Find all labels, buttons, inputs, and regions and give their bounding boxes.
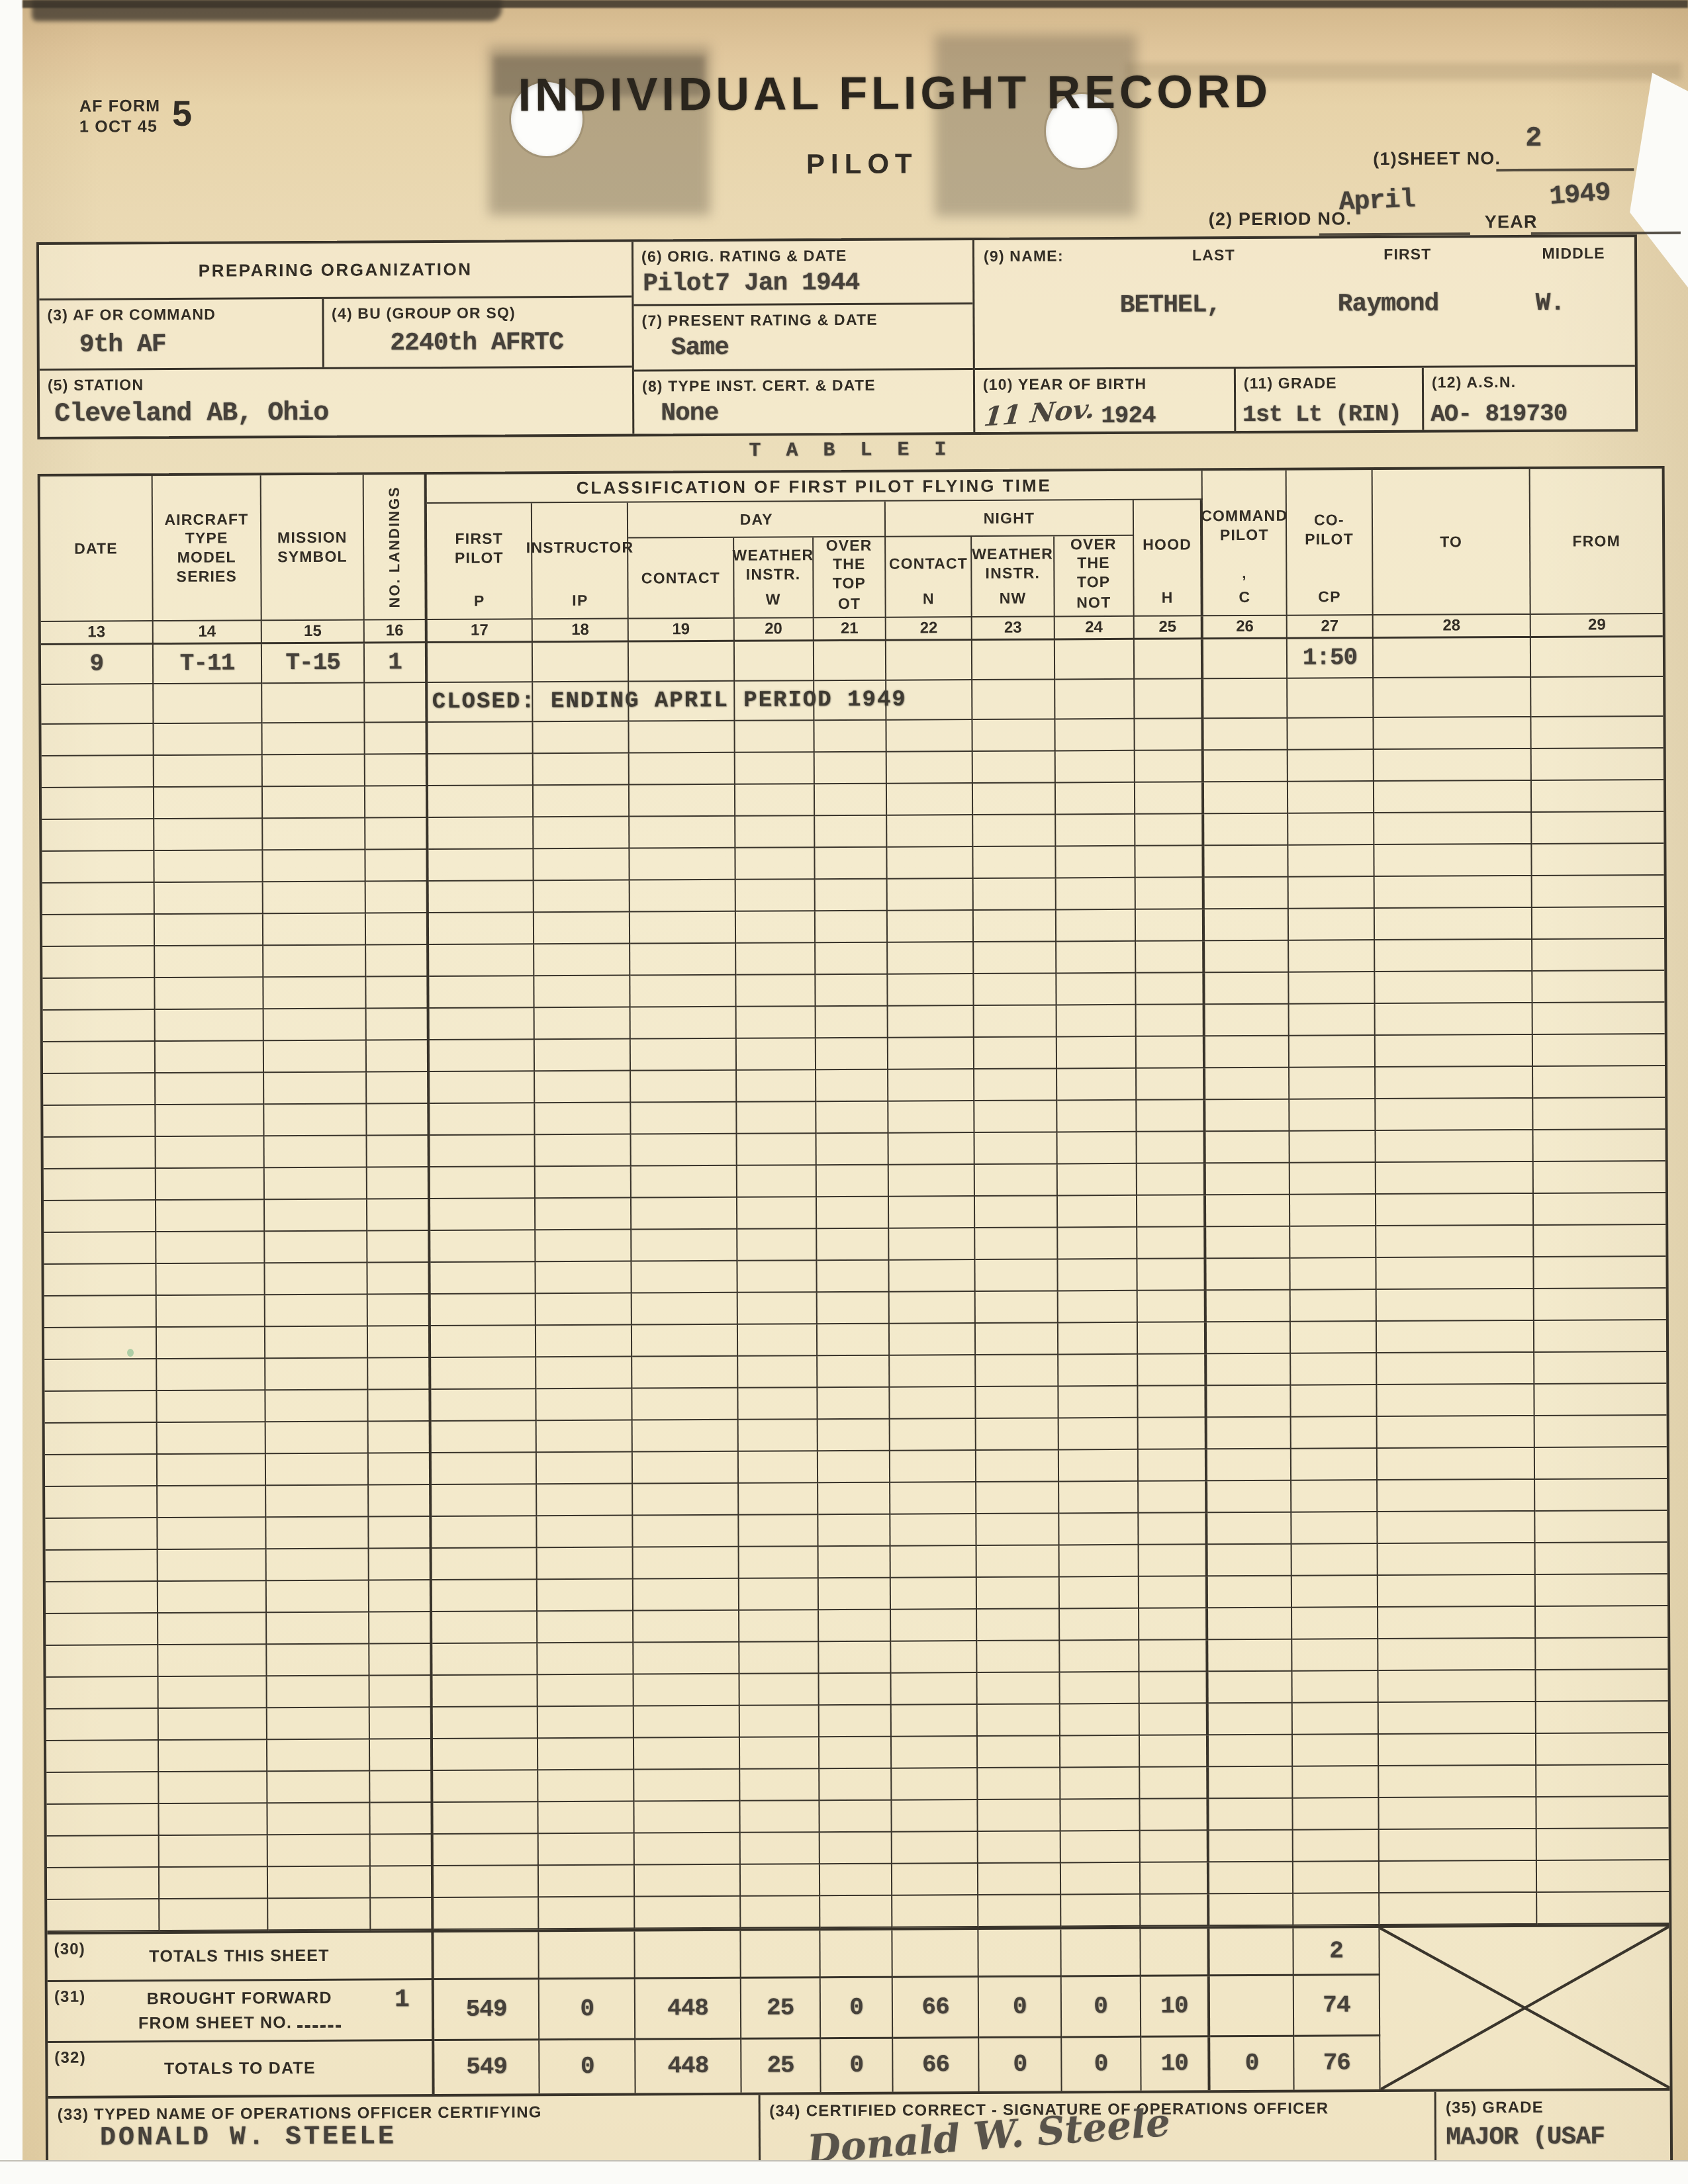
table-cell	[1055, 640, 1135, 680]
table-cell	[46, 1614, 158, 1646]
header-copilot: CO-PILOTCP	[1287, 470, 1374, 616]
table-cell	[433, 1739, 539, 1771]
ratings-column: (6) ORIG. RATING & DATE Pilot7 Jan 1944 …	[632, 240, 975, 434]
table-cell	[1376, 1130, 1534, 1163]
table-cell	[818, 1356, 890, 1388]
table-cell	[737, 1197, 817, 1230]
table-cell	[365, 723, 428, 754]
table-cell	[1534, 1257, 1666, 1289]
scanned-page: AF FORM 1 OCT 45 5 INDIVIDUAL FLIGHT REC…	[0, 0, 1688, 2184]
table-cell	[154, 723, 263, 756]
inst-cert-cell: (8) TYPE INST. CERT. & DATE None	[634, 370, 973, 434]
table-cell	[974, 878, 1056, 911]
table-cell	[268, 1899, 371, 1931]
table-cell	[536, 1071, 632, 1104]
table-cell	[1377, 1385, 1535, 1417]
table-cell	[818, 1451, 890, 1484]
table-cell	[739, 1483, 818, 1516]
table-cell	[433, 1834, 539, 1866]
table-cell	[46, 1804, 159, 1837]
period-label: (2) PERIOD NO.	[1209, 208, 1352, 231]
table-cell	[264, 1009, 367, 1042]
table-cell	[1134, 639, 1203, 680]
period-value: April	[1338, 187, 1416, 218]
table-cell	[819, 1642, 892, 1674]
table-cell	[1056, 783, 1135, 815]
table-cell	[974, 1101, 1057, 1133]
table-cell	[1378, 1543, 1536, 1576]
bu-group-label: (4) BU (GROUP OR SQ)	[332, 303, 516, 323]
table-cell	[44, 1264, 156, 1297]
table-cell	[887, 784, 973, 816]
table-cell	[266, 1422, 369, 1455]
table-cell	[1376, 1194, 1534, 1226]
table-cell	[538, 1643, 634, 1676]
table-cell	[634, 1770, 740, 1802]
table-cell	[1209, 1640, 1293, 1672]
table-cell	[815, 880, 888, 912]
table-cell	[1135, 782, 1204, 815]
table-cell	[976, 1323, 1058, 1355]
table-cell	[44, 1137, 156, 1169]
table-cell	[817, 1293, 890, 1325]
table-cell	[536, 1230, 632, 1263]
table-cell	[735, 721, 814, 753]
table-cell	[536, 1135, 632, 1167]
table-cell	[265, 1327, 368, 1359]
table-cell	[892, 1641, 978, 1674]
table-cell	[536, 1262, 632, 1295]
table-cell	[816, 1070, 889, 1103]
table-cell	[1207, 1386, 1291, 1418]
table-cell	[817, 1261, 890, 1293]
table-cell	[366, 913, 429, 945]
table-cell	[1536, 1543, 1667, 1575]
table-cell	[978, 1831, 1061, 1864]
table-cell	[1289, 1004, 1376, 1036]
table-cell	[263, 819, 365, 851]
table-cell	[889, 1101, 975, 1134]
totals-cell	[1061, 1929, 1141, 1978]
table-cell	[1207, 1481, 1291, 1514]
table-cell	[740, 1833, 820, 1865]
column-number: 18	[533, 619, 629, 643]
table-cell	[1209, 1767, 1293, 1799]
table-cell	[267, 1740, 370, 1772]
grade-footer-value: MAJOR (USAF	[1446, 2124, 1605, 2151]
inst-cert-label: (8) TYPE INST. CERT. & DATE	[642, 376, 876, 396]
table-cell	[1535, 1447, 1667, 1480]
table-cell	[737, 1070, 816, 1103]
table-cell	[369, 1485, 432, 1517]
table-cell	[1293, 1766, 1379, 1799]
table-cell	[368, 1295, 431, 1326]
table-cell	[1056, 974, 1136, 1006]
table-cell	[431, 1357, 537, 1390]
totals-label: (30)TOTALS THIS SHEET	[47, 1933, 434, 1982]
table-cell	[892, 1832, 978, 1864]
form-id-block: AF FORM 1 OCT 45	[79, 96, 161, 138]
table-cell	[740, 1769, 820, 1801]
table-cell	[43, 1105, 156, 1138]
typed-name-cell: (33) TYPED NAME OF OPERATIONS OFFICER CE…	[48, 2095, 761, 2168]
table-cell	[1374, 678, 1532, 718]
table-cell	[891, 1610, 977, 1642]
present-rating-label: (7) PRESENT RATING & DATE	[641, 310, 877, 330]
totals-cell	[1210, 1976, 1294, 2038]
table-cell	[630, 944, 736, 976]
table-cell	[538, 1580, 633, 1612]
table-cell	[263, 755, 365, 788]
table-cell	[263, 723, 365, 756]
totals-value: 10	[1161, 2052, 1188, 2077]
table-cell	[976, 1450, 1059, 1482]
table-cell	[888, 847, 974, 880]
table-cell	[1293, 1671, 1379, 1704]
table-cell	[1534, 1130, 1665, 1162]
x-mark-icon	[1380, 1927, 1669, 2089]
table-cell	[739, 1674, 819, 1706]
table-cell	[1207, 1418, 1291, 1450]
table-cell: T-15	[262, 644, 365, 684]
table-cell	[433, 1802, 539, 1835]
table-cell	[1135, 909, 1205, 942]
table-cell	[369, 1453, 432, 1485]
totals-cell: 66	[894, 2038, 980, 2092]
table-cell	[537, 1453, 633, 1485]
table-cell	[633, 1643, 739, 1675]
table-cell	[633, 1420, 739, 1453]
totals-cell: 0	[1211, 2037, 1295, 2091]
table-cell	[44, 1201, 156, 1233]
name-last-value: BETHEL,	[1120, 292, 1221, 319]
table-cell	[890, 1324, 976, 1356]
table-cell	[631, 1071, 737, 1103]
table-cell	[976, 1355, 1058, 1387]
table-cell	[156, 1232, 265, 1264]
table-cell	[1376, 1226, 1534, 1258]
table-cell	[891, 1546, 977, 1578]
table-cell	[1058, 1387, 1138, 1419]
table-cell	[1059, 1482, 1139, 1514]
grade-footer-cell: (35) GRADE MAJOR (USAF	[1436, 2091, 1670, 2161]
totals-value: 0	[849, 1995, 863, 2020]
table-cell	[42, 915, 155, 947]
table-cell	[265, 1200, 367, 1232]
table-cell	[1536, 1702, 1668, 1734]
identity-bottom-row: (10) YEAR OF BIRTH 11 Nov. 1924 (11) GRA…	[975, 367, 1635, 432]
table-totals: (30)TOTALS THIS SHEET2(31)BROUGHT FORWAR…	[47, 1924, 1669, 2096]
table-cell	[1204, 782, 1288, 815]
table-cell	[159, 1740, 268, 1772]
table-cell	[1204, 814, 1288, 846]
name-middle-value: W.	[1536, 291, 1565, 317]
table-cell	[1532, 780, 1664, 813]
table-cell	[1376, 1035, 1534, 1068]
column-number: 26	[1203, 616, 1288, 640]
table-cell	[1209, 1799, 1293, 1831]
table-cell	[1375, 972, 1533, 1004]
table-cell	[738, 1356, 818, 1388]
header-aircraft: AIRCRAFT TYPE MODEL SERIES	[152, 475, 262, 621]
table-cell	[534, 722, 630, 754]
table-cell	[539, 1866, 635, 1898]
table-cell	[1205, 1005, 1289, 1037]
table-cell	[1379, 1766, 1537, 1798]
table-cell	[1289, 940, 1375, 973]
table-cell	[633, 1452, 739, 1484]
table-cell	[366, 945, 429, 977]
table-cell	[1533, 1066, 1665, 1099]
table-cell	[1293, 1735, 1379, 1767]
table-cell	[978, 1863, 1061, 1895]
column-number: 24	[1055, 617, 1135, 641]
table-cell	[633, 1611, 739, 1643]
table-cell	[737, 1102, 816, 1134]
table-cell	[1207, 1354, 1291, 1387]
header-instructor: INSTRUCTORIP	[532, 503, 629, 620]
table-cell	[735, 641, 814, 682]
column-number: 21	[814, 618, 886, 642]
table-cell	[1374, 749, 1532, 782]
table-cell	[1135, 719, 1204, 751]
table-cell	[536, 1103, 632, 1136]
table-cell	[1537, 1829, 1669, 1861]
table-cell	[263, 914, 366, 946]
header-from: FROM	[1530, 469, 1663, 615]
table-cell	[1379, 1829, 1537, 1862]
table-cell	[1206, 1132, 1290, 1164]
totals-value: 0	[1094, 1994, 1107, 2019]
table-cell	[1055, 719, 1135, 752]
totals-label-text: TOTALS THIS SHEET	[149, 1944, 329, 1969]
table-cell	[370, 1739, 433, 1771]
table-cell	[735, 848, 815, 880]
totals-cell: 10	[1141, 1976, 1210, 2038]
table-cell	[632, 1261, 738, 1294]
table-cell	[1291, 1449, 1378, 1481]
table-cell	[1141, 1894, 1210, 1927]
table-cell	[367, 1040, 430, 1072]
table-cell	[1060, 1768, 1140, 1800]
header-day-overtop: OVER THE TOPOT	[814, 537, 886, 619]
table-cell	[1205, 973, 1289, 1005]
name-col-middle: MIDDLE	[1542, 244, 1605, 263]
table-footer: (33) TYPED NAME OF OPERATIONS OFFICER CE…	[48, 2088, 1671, 2168]
table-cell	[1378, 1670, 1536, 1703]
table-cell	[890, 1387, 976, 1420]
table-cell	[158, 1549, 267, 1582]
form-id-line1: AF FORM	[79, 96, 160, 117]
table-cell	[978, 1768, 1060, 1800]
totals-value: 25	[767, 1995, 794, 2021]
table-cell	[890, 1451, 976, 1483]
table-cell	[263, 850, 366, 883]
table-cell	[42, 883, 155, 915]
header-hood: HOODH	[1133, 500, 1203, 617]
table-cell	[1288, 845, 1374, 878]
af-command-label: (3) AF OR COMMAND	[47, 305, 216, 325]
table-cell	[1058, 1228, 1137, 1260]
table-cell	[369, 1676, 432, 1707]
table-cell	[816, 1007, 888, 1039]
table-cell	[888, 879, 974, 911]
table-cell	[818, 1483, 891, 1516]
table-cell	[156, 1136, 265, 1169]
table-cell	[367, 1009, 430, 1040]
table-header: DATE AIRCRAFT TYPE MODEL SERIES MISSION …	[40, 469, 1663, 645]
table-cell	[976, 1291, 1058, 1324]
table-cell	[1060, 1831, 1140, 1864]
table-cell	[43, 1042, 156, 1074]
table-cell	[1138, 1418, 1207, 1450]
table-cell	[370, 1771, 433, 1803]
table-cell	[158, 1708, 267, 1741]
table-cell	[818, 1515, 891, 1547]
table-cell	[737, 1229, 817, 1261]
table-cell	[1532, 907, 1664, 940]
table-cell	[537, 1421, 633, 1453]
table-cell	[1288, 750, 1374, 782]
table-cell	[1061, 1895, 1141, 1927]
table-cell	[1536, 1733, 1668, 1766]
table-cell	[1208, 1576, 1292, 1609]
table-cell	[887, 815, 973, 848]
table-cell	[1135, 751, 1204, 783]
table-cell	[737, 1134, 816, 1166]
table-cell	[155, 914, 264, 946]
table-cell	[268, 1835, 371, 1868]
totals-value: 0	[581, 2054, 594, 2079]
table-cell	[1207, 1227, 1291, 1259]
table-cell	[814, 784, 887, 817]
table-cell	[368, 1390, 431, 1422]
table-cell	[433, 1770, 539, 1803]
header-command-pilot: COMMAND PILOT’C	[1203, 471, 1288, 617]
table-cell	[888, 911, 974, 943]
table-cell	[432, 1548, 538, 1580]
table-cell	[888, 1038, 974, 1070]
table-cell	[1531, 677, 1663, 717]
table-cell	[1060, 1736, 1140, 1768]
table-cell	[1375, 940, 1533, 972]
table-cell	[1376, 1099, 1534, 1131]
year-label: YEAR	[1485, 211, 1538, 234]
inst-cert-value: None	[661, 400, 718, 427]
table-cell	[1532, 939, 1664, 972]
table-cell	[47, 1868, 160, 1900]
table-cell	[817, 1324, 890, 1357]
table-cell	[819, 1610, 892, 1643]
table-cell	[428, 786, 534, 818]
table-cell	[634, 1738, 740, 1770]
table-cell	[890, 1419, 976, 1451]
sheet-no-label: (1)SHEET NO.	[1373, 148, 1501, 171]
table-cell	[739, 1610, 819, 1643]
table-cell	[1205, 1068, 1289, 1101]
table-cell	[1060, 1577, 1139, 1610]
table-cell	[820, 1801, 892, 1833]
table-cell	[1292, 1608, 1378, 1640]
table-cell	[365, 754, 428, 786]
table-cell	[1291, 1353, 1377, 1386]
table-cell	[630, 721, 735, 754]
table-cell	[155, 978, 264, 1010]
table-cell	[432, 1612, 538, 1644]
table-cell	[159, 1772, 268, 1804]
form-id-line2: 1 OCT 45	[79, 116, 160, 138]
table-cell	[156, 1295, 265, 1328]
totals-cell: 25	[741, 2039, 821, 2093]
table-cell	[1378, 1512, 1536, 1544]
flight-table: DATE AIRCRAFT TYPE MODEL SERIES MISSION …	[38, 466, 1673, 2171]
table-cell	[738, 1324, 818, 1357]
table-cell	[1377, 1321, 1535, 1353]
totals-cell: 0	[979, 1977, 1062, 2038]
signature-cell: (34) CERTIFIED CORRECT - SIGNATURE OF OP…	[760, 2092, 1436, 2165]
totals-row-number: (31)	[54, 1987, 86, 2007]
table-cell	[1139, 1672, 1209, 1704]
preparing-org-header: PREPARING ORGANIZATION	[39, 242, 632, 300]
totals-cell	[1141, 1929, 1210, 1977]
table-cell	[154, 882, 263, 915]
header-night-contact: CONTACTN	[886, 537, 972, 618]
table-cell	[45, 1455, 158, 1487]
table-cell: 1	[365, 643, 428, 683]
table-cell	[265, 1359, 368, 1391]
table-cell	[157, 1327, 266, 1359]
table-cell	[741, 1864, 820, 1897]
table-cell	[1291, 1417, 1378, 1449]
table-cell	[268, 1772, 371, 1804]
table-cell	[160, 1867, 269, 1899]
table-cell	[1139, 1608, 1209, 1641]
table-cell	[1058, 1164, 1137, 1197]
header-night-weather: WEATHER INSTR.NW	[972, 536, 1055, 617]
table-cell	[1289, 909, 1375, 941]
table-cell	[156, 1073, 265, 1105]
totals-value: 0	[1013, 2052, 1027, 2077]
totals-value: 549	[466, 1997, 507, 2022]
table-cell	[1209, 1862, 1293, 1895]
table-cell	[892, 1895, 978, 1928]
totals-label: (31)BROUGHT FORWARD FROM SHEET NO.1	[48, 1980, 434, 2043]
table-cell	[820, 1833, 892, 1865]
table-cell	[974, 942, 1056, 974]
totals-cell	[820, 1931, 893, 1979]
table-cell	[1057, 1132, 1137, 1165]
year-value: 1949	[1548, 179, 1611, 212]
table-cell	[1534, 1352, 1666, 1385]
table-cell	[265, 1295, 368, 1328]
table-cell	[1205, 909, 1289, 942]
table-cell	[534, 849, 630, 882]
crossed-out-cell	[1380, 1927, 1669, 2089]
table-cell	[1534, 1225, 1665, 1257]
table-cell	[1379, 1702, 1537, 1735]
af-command-value: 9th AF	[79, 332, 166, 359]
totals-value: 66	[921, 1995, 949, 2020]
totals-cell: 549	[434, 1979, 540, 2041]
table-cell	[533, 643, 629, 683]
table-cell	[43, 1073, 156, 1106]
preparing-org-label: PREPARING ORGANIZATION	[199, 259, 473, 282]
table-cell	[1136, 1005, 1205, 1037]
table-cell	[820, 1864, 892, 1897]
table-cell	[1289, 972, 1375, 1005]
table-cell	[1136, 1036, 1205, 1069]
table-cell	[816, 1102, 889, 1134]
